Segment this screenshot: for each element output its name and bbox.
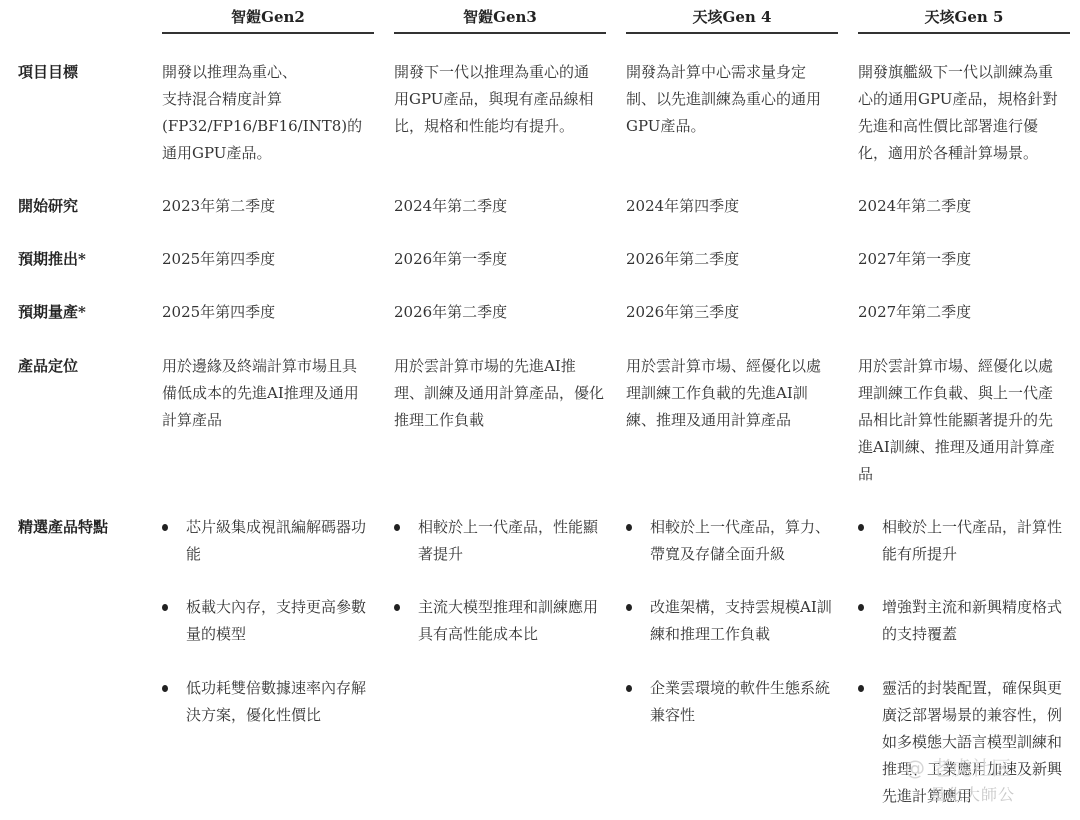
bullet-icon xyxy=(626,685,632,692)
bullet-icon xyxy=(626,604,632,611)
research-start-gen4: 2024年第四季度 xyxy=(626,193,838,220)
research-start-gen3: 2024年第二季度 xyxy=(394,193,606,220)
row-label-goal: 項目目標 xyxy=(18,59,78,86)
positioning-gen4: 用於雲計算市場、經優化以處 理訓練工作負載的先進AI訓 練、推理及通用計算產品 xyxy=(626,353,838,434)
product-roadmap-table: 智鎧Gen2 智鎧Gen3 天垓Gen 4 天垓Gen 5 項目目標 開發以推理… xyxy=(0,0,1080,820)
bullet-icon xyxy=(626,524,632,531)
column-header-gen5: 天垓Gen 5 xyxy=(858,6,1070,34)
bullet-icon xyxy=(394,524,400,531)
bullet-icon xyxy=(162,524,168,531)
mass-production-gen3: 2026年第二季度 xyxy=(394,299,606,326)
positioning-gen3: 用於雲計算市場的先進AI推 理、訓練及通用計算產品，優化 推理工作負載 xyxy=(394,353,606,434)
row-label-features: 精選產品特點 xyxy=(18,514,108,541)
bullet-icon xyxy=(162,685,168,692)
expected-launch-gen2: 2025年第四季度 xyxy=(162,246,374,273)
row-label-positioning: 產品定位 xyxy=(18,353,78,380)
goal-cell-gen2: 開發以推理為重心、 支持混合精度計算 (FP32/FP16/BF16/INT8)… xyxy=(162,59,374,167)
positioning-gen2: 用於邊緣及終端計算市場且具 備低成本的先進AI推理及通用 計算產品 xyxy=(162,353,374,434)
watermark-text: 量化大師公 xyxy=(930,782,1015,805)
bullet-icon xyxy=(858,604,864,611)
positioning-gen5: 用於雲計算市場、經優化以處 理訓練工作負載、與上一代產 品相比計算性能顯著提升的… xyxy=(858,353,1070,488)
row-label-research-start: 開始研究 xyxy=(18,193,78,220)
mass-production-gen2: 2025年第四季度 xyxy=(162,299,374,326)
mass-production-gen5: 2027年第二季度 xyxy=(858,299,1070,326)
row-label-expected-mass-production: 預期量產* xyxy=(18,299,86,326)
bullet-icon xyxy=(858,524,864,531)
expected-launch-gen5: 2027年第一季度 xyxy=(858,246,1070,273)
watermark-logo: @ 老虎社区 xyxy=(905,752,1011,781)
row-label-expected-launch: 預期推出* xyxy=(18,246,86,273)
mass-production-gen4: 2026年第三季度 xyxy=(626,299,838,326)
expected-launch-gen4: 2026年第二季度 xyxy=(626,246,838,273)
goal-cell-gen5: 開發旗艦級下一代以訓練為重 心的通用GPU產品，規格針對 先進和高性價比部署進行… xyxy=(858,59,1070,167)
bullet-icon xyxy=(394,604,400,611)
bullet-icon xyxy=(162,604,168,611)
column-header-gen3: 智鎧Gen3 xyxy=(394,6,606,34)
bullet-icon xyxy=(858,685,864,692)
research-start-gen5: 2024年第二季度 xyxy=(858,193,1070,220)
column-header-gen2: 智鎧Gen2 xyxy=(162,6,374,34)
expected-launch-gen3: 2026年第一季度 xyxy=(394,246,606,273)
goal-cell-gen3: 開發下一代以推理為重心的通 用GPU產品，與現有產品線相 比，規格和性能均有提升… xyxy=(394,59,606,140)
goal-cell-gen4: 開發為計算中心需求量身定 制、以先進訓練為重心的通用 GPU產品。 xyxy=(626,59,838,140)
research-start-gen2: 2023年第二季度 xyxy=(162,193,374,220)
column-header-gen4: 天垓Gen 4 xyxy=(626,6,838,34)
